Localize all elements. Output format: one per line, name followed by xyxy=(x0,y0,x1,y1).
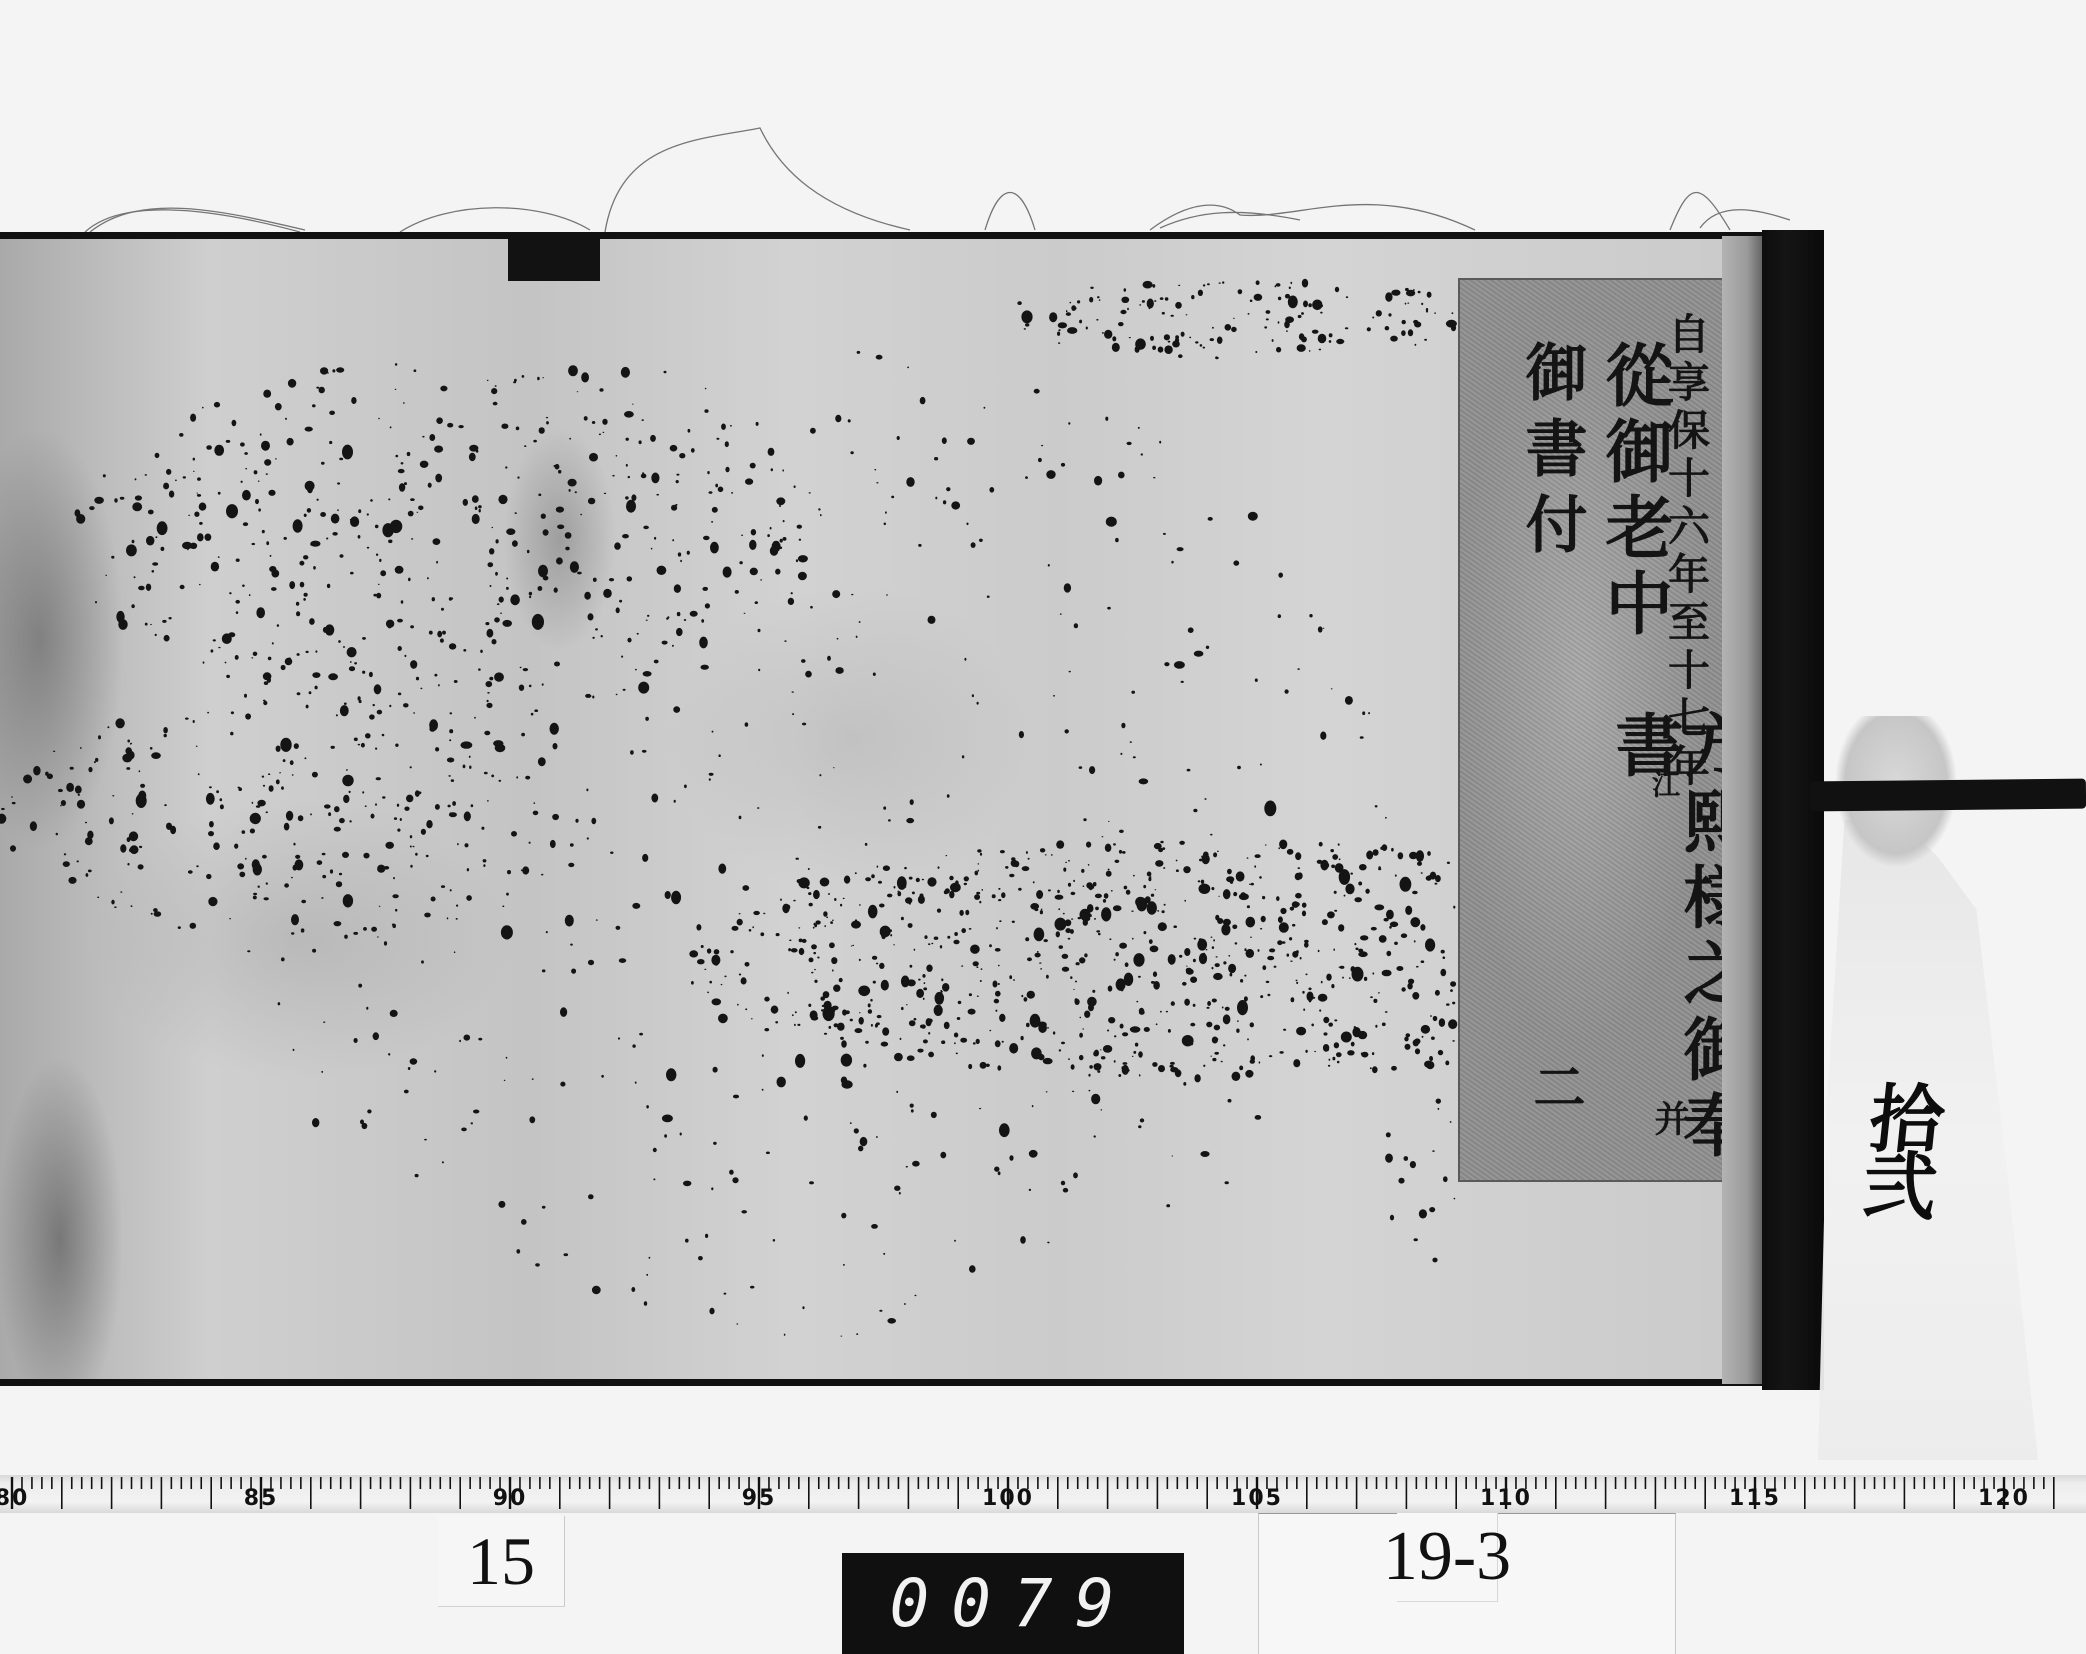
scan-stage: 自享保十六年至十七年 從御老中 方熙様之御奉書 江 并 御書付 二 拾弐 808… xyxy=(0,0,2086,1654)
sheet-number-label: 15 xyxy=(438,1516,565,1607)
frame-counter: 0079 xyxy=(842,1553,1184,1654)
item-id-label: 19-3 xyxy=(1397,1513,1498,1602)
measuring-ruler: 80859095100105110115120 xyxy=(0,1475,2086,1513)
svg-text:85: 85 xyxy=(244,1486,279,1511)
title-small-note-e: 江 xyxy=(1650,770,1678,798)
svg-text:115: 115 xyxy=(1729,1486,1781,1511)
title-main-line-top: 從御老中 xyxy=(1600,340,1668,644)
tag-inscription: 拾弐 xyxy=(1838,1080,1958,1216)
svg-text:90: 90 xyxy=(493,1486,528,1511)
tie-cord xyxy=(1810,779,2086,812)
title-slip: 自享保十六年至十七年 從御老中 方熙様之御奉書 江 并 御書付 二 xyxy=(1458,278,1750,1182)
title-left-line: 御書付 xyxy=(1520,340,1582,568)
svg-text:80: 80 xyxy=(0,1486,29,1511)
ruler-ticks: 80859095100105110115120 xyxy=(0,1475,2086,1513)
svg-text:110: 110 xyxy=(1480,1486,1532,1511)
svg-text:120: 120 xyxy=(1978,1486,2030,1511)
scroll-edge-band xyxy=(1722,236,1764,1384)
title-volume-number: 二 xyxy=(1528,1060,1580,1112)
svg-text:100: 100 xyxy=(982,1486,1034,1511)
title-small-note-hei: 并 xyxy=(1652,1100,1688,1136)
svg-text:105: 105 xyxy=(1231,1486,1283,1511)
svg-text:95: 95 xyxy=(742,1486,777,1511)
